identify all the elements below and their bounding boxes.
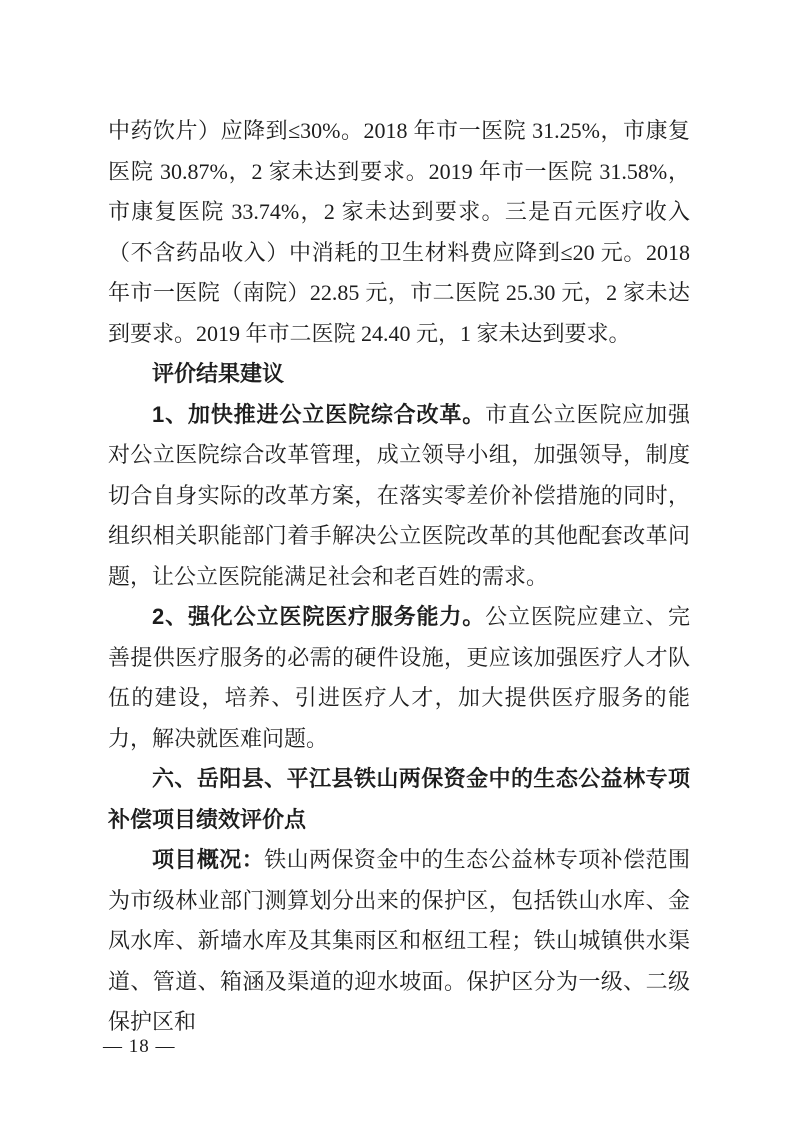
paragraph-suggestion-1-lead: 1、加快推进公立医院综合改革。 xyxy=(152,402,485,427)
paragraph-suggestion-1: 1、加快推进公立医院综合改革。市直公立医院应加强对公立医院综合改革管理，成立领导… xyxy=(108,395,690,598)
paragraph-suggestion-2-lead: 2、强化公立医院医疗服务能力。 xyxy=(152,604,485,629)
paragraph-project-overview-text: 铁山两保资金中的生态公益林专项补偿范围为市级林业部门测算划分出来的保护区，包括铁… xyxy=(108,847,690,1034)
document-page: 中药饮片）应降到≤30%。2018 年市一医院 31.25%，市康复医院 30.… xyxy=(0,0,793,1122)
heading-evaluation-result-suggestions: 评价结果建议 xyxy=(108,354,690,395)
page-body-text: 中药饮片）应降到≤30%。2018 年市一医院 31.25%，市康复医院 30.… xyxy=(108,111,690,1043)
paragraph-project-overview: 项目概况：铁山两保资金中的生态公益林专项补偿范围为市级林业部门测算划分出来的保护… xyxy=(108,840,690,1043)
paragraph-hospital-indicators: 中药饮片）应降到≤30%。2018 年市一医院 31.25%，市康复医院 30.… xyxy=(108,111,690,354)
paragraph-suggestion-2: 2、强化公立医院医疗服务能力。公立医院应建立、完善提供医疗服务的必需的硬件设施，… xyxy=(108,597,690,759)
heading-section-six-forest-compensation: 六、岳阳县、平江县铁山两保资金中的生态公益林专项补偿项目绩效评价点 xyxy=(108,759,690,840)
paragraph-project-overview-lead: 项目概况： xyxy=(152,847,264,872)
page-number: — 18 — xyxy=(103,1036,176,1058)
paragraph-suggestion-1-text: 市直公立医院应加强对公立医院综合改革管理，成立领导小组，加强领导，制度切合自身实… xyxy=(108,402,690,589)
